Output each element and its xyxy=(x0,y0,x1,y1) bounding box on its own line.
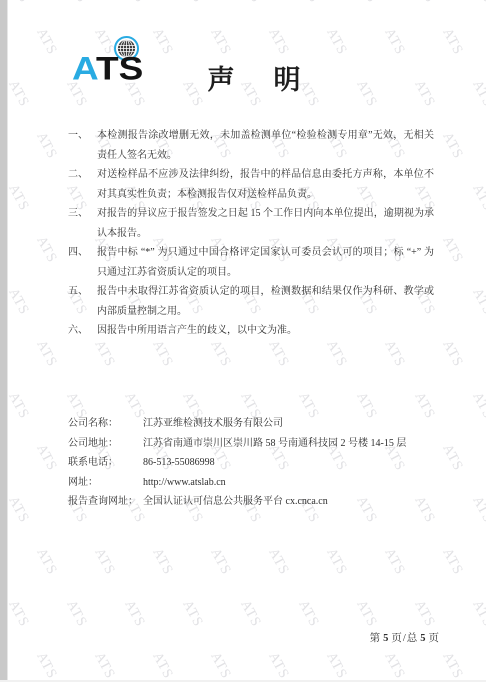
report-query-label: 报告查询网址： xyxy=(68,492,143,512)
report-query-row: 报告查询网址： 全国认证认可信息公共服务平台 cx.cnca.cn xyxy=(68,492,438,512)
page-number-middle: 页/总 xyxy=(391,633,418,644)
statement-number: 三、 xyxy=(68,204,97,224)
statement-item: 六、 因报告中所用语言产生的歧义，以中文为准。 xyxy=(68,321,434,341)
page-content: ATS 声 明 一、 本检测报告涂改增删无效，未加盖检测单位“检验检测专用章”无… xyxy=(0,0,486,682)
statement-number: 一、 xyxy=(68,126,97,146)
company-website-row: 网址： http://www.atslab.cn xyxy=(68,473,438,493)
statement-text: 对报告的异议应于报告签发之日起 15 个工作日内向本单位提出，逾期视为承认本报告… xyxy=(97,204,434,243)
company-address-value: 江苏省南通市崇川区崇川路 58 号南通科技园 2 号楼 14-15 层 xyxy=(143,434,438,454)
company-name-row: 公司名称： 江苏亚维检测技术服务有限公司 xyxy=(68,414,438,434)
statement-item: 二、 对送检样品不应涉及法律纠纷，报告中的样品信息由委托方声称，本单位不对其真实… xyxy=(68,165,434,204)
statement-text: 对送检样品不应涉及法律纠纷，报告中的样品信息由委托方声称，本单位不对其真实性负责… xyxy=(97,165,434,204)
company-address-label: 公司地址： xyxy=(68,434,143,454)
page-title: 声 明 xyxy=(0,58,486,97)
company-phone-value: 86-513-55086998 xyxy=(143,453,438,473)
statement-text: 报告中标 “*” 为只通过中国合格评定国家认可委员会认可的项目；标 “+” 为只… xyxy=(97,243,434,282)
company-name-value: 江苏亚维检测技术服务有限公司 xyxy=(143,414,438,434)
statement-text: 报告中未取得江苏省资质认定的项目，检测数据和结果仅作为科研、教学或内部质量控制之… xyxy=(97,282,434,321)
statement-number: 六、 xyxy=(68,321,97,341)
report-page: ATSATSATSATSATSATSATSATSATSATSATSATSATSA… xyxy=(0,0,486,682)
statement-number: 二、 xyxy=(68,165,97,185)
statement-item: 一、 本检测报告涂改增删无效，未加盖检测单位“检验检测专用章”无效，无相关责任人… xyxy=(68,126,434,165)
statement-number: 五、 xyxy=(68,282,97,302)
company-phone-row: 联系电话： 86-513-55086998 xyxy=(68,453,438,473)
page-number: 第5页/总5页 xyxy=(370,630,440,645)
company-name-label: 公司名称： xyxy=(68,414,143,434)
statement-item: 三、 对报告的异议应于报告签发之日起 15 个工作日内向本单位提出，逾期视为承认… xyxy=(68,204,434,243)
statement-number: 四、 xyxy=(68,243,97,263)
company-phone-label: 联系电话： xyxy=(68,453,143,473)
statement-item: 四、 报告中标 “*” 为只通过中国合格评定国家认可委员会认可的项目；标 “+”… xyxy=(68,243,434,282)
company-website-value: http://www.atslab.cn xyxy=(143,473,438,493)
statement-item: 五、 报告中未取得江苏省资质认定的项目，检测数据和结果仅作为科研、教学或内部质量… xyxy=(68,282,434,321)
current-page-number: 5 xyxy=(381,633,391,644)
statement-list: 一、 本检测报告涂改增删无效，未加盖检测单位“检验检测专用章”无效，无相关责任人… xyxy=(68,126,434,341)
statement-text: 因报告中所用语言产生的歧义，以中文为准。 xyxy=(97,321,434,341)
page-number-suffix: 页 xyxy=(429,633,441,644)
report-query-value: 全国认证认可信息公共服务平台 cx.cnca.cn xyxy=(143,492,438,512)
company-info-block: 公司名称： 江苏亚维检测技术服务有限公司 公司地址： 江苏省南通市崇川区崇川路 … xyxy=(68,414,438,512)
company-address-row: 公司地址： 江苏省南通市崇川区崇川路 58 号南通科技园 2 号楼 14-15 … xyxy=(68,434,438,454)
company-website-label: 网址： xyxy=(68,473,143,493)
statement-text: 本检测报告涂改增删无效，未加盖检测单位“检验检测专用章”无效，无相关责任人签名无… xyxy=(97,126,434,165)
total-page-number: 5 xyxy=(418,633,428,644)
page-number-prefix: 第 xyxy=(370,633,382,644)
